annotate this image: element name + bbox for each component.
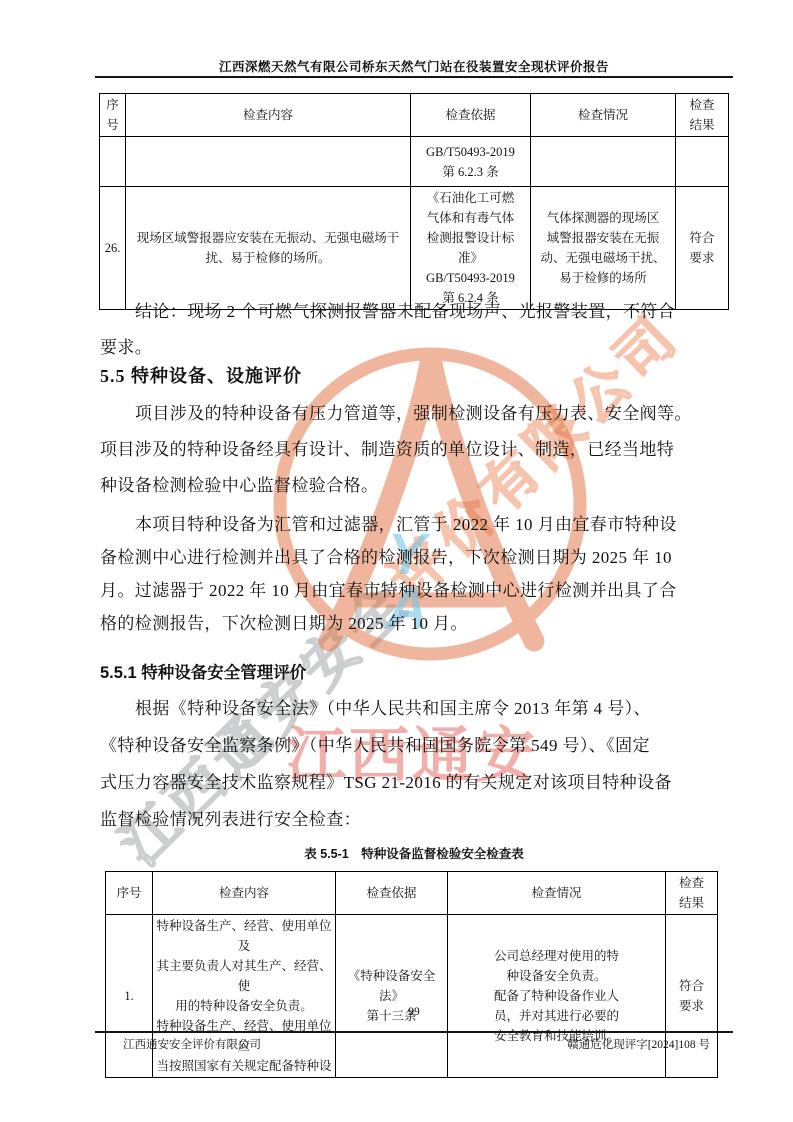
- table-header-row: 序号 检查内容 检查依据 检查情况 检查 结果: [106, 872, 718, 915]
- report-page: 江西通安安全评价有限公司 Y A 江西通安 江西深燃天然气有限公司桥东天然气门站…: [0, 0, 793, 1122]
- cell-content: 特种设备生产、经营、使用单位及 其主要负责人对其生产、经营、使 用的特种设备安全…: [153, 915, 336, 1078]
- cell-basis: 《特种设备安全法》 第十三条: [336, 915, 448, 1078]
- col-header-serial: 序 号: [100, 94, 126, 137]
- col-header-basis: 检查依据: [336, 872, 448, 915]
- col-header-basis: 检查依据: [411, 94, 531, 137]
- cell-result: 符合 要求: [666, 915, 718, 1078]
- table-row-1: 1. 特种设备生产、经营、使用单位及 其主要负责人对其生产、经营、使 用的特种设…: [106, 915, 718, 1078]
- paragraph-regulations: 根据《特种设备安全法》（中华人民共和国主席令 2013 年第 4 号）、 《特种…: [100, 690, 732, 838]
- footer-rule: [95, 1031, 733, 1033]
- col-header-content: 检查内容: [126, 94, 411, 137]
- cell-content: 现场区域警报器应安装在无振动、无强电磁场干扰、易于检修的场所。: [126, 187, 411, 310]
- table-5-5-1-caption: 表 5.5-1 特种设备监督检验安全检查表: [95, 844, 733, 862]
- cell-basis: 《石油化工可燃 气体和有毒气体 检测报警设计标 准》 GB/T50493-201…: [411, 187, 531, 310]
- col-header-situation: 检查情况: [531, 94, 676, 137]
- cell-result: 符合 要求: [676, 187, 729, 310]
- footer-company-name: 江西通安安全评价有限公司: [123, 1036, 261, 1052]
- cell-situation: 公司总经理对使用的特 种设备安全负责。 配备了特种设备作业人 员，并对其进行必要…: [448, 915, 666, 1078]
- page-header-title: 江西深燃天然气有限公司桥东天然气门站在役装置安全现状评价报告: [95, 57, 733, 75]
- page-number: 99: [95, 1006, 733, 1018]
- table-row-26: 26. 现场区域警报器应安装在无振动、无强电磁场干扰、易于检修的场所。 《石油化…: [100, 187, 729, 310]
- cell-result: [676, 137, 729, 187]
- cell-serial: 26.: [100, 187, 126, 310]
- col-header-result: 检查 结果: [676, 94, 729, 137]
- cell-basis: GB/T50493-2019 第 6.2.3 条: [411, 137, 531, 187]
- inspection-table-top: 序 号 检查内容 检查依据 检查情况 检查 结果 GB/T50493-2019 …: [99, 93, 729, 310]
- col-header-result: 检查 结果: [666, 872, 718, 915]
- table-row-continuation: GB/T50493-2019 第 6.2.3 条: [100, 137, 729, 187]
- paragraph-inspection-history: 本项目特种设备为汇管和过滤器，汇管于 2022 年 10 月由宜春市特种设 备检…: [100, 508, 732, 640]
- cell-serial: [100, 137, 126, 187]
- cell-situation: 气体探测器的现场区 域警报器安装在无振 动、无强电磁场干扰、 易于检修的场所: [531, 187, 676, 310]
- conclusion-text: 结论：现场 2 个可燃气探测报警器未配备现场声、光报警装置，不符合 要求。: [100, 294, 732, 366]
- section-5-5-1-heading: 5.5.1 特种设备安全管理评价: [100, 659, 306, 683]
- paragraph-special-equipment-overview: 项目涉及的特种设备有压力管道等，强制检测设备有压力表、安全阀等。 项目涉及的特种…: [100, 396, 732, 504]
- footer-document-number: 赣通危化现评字[2024]108 号: [567, 1036, 710, 1052]
- cell-situation: [531, 137, 676, 187]
- table-header-row: 序 号 检查内容 检查依据 检查情况 检查 结果: [100, 94, 729, 137]
- col-header-content: 检查内容: [153, 872, 336, 915]
- col-header-situation: 检查情况: [448, 872, 666, 915]
- cell-content: [126, 137, 411, 187]
- section-5-5-heading: 5.5 特种设备、设施评价: [100, 362, 302, 388]
- col-header-serial: 序号: [106, 872, 153, 915]
- cell-serial: 1.: [106, 915, 153, 1078]
- header-rule: [95, 76, 733, 78]
